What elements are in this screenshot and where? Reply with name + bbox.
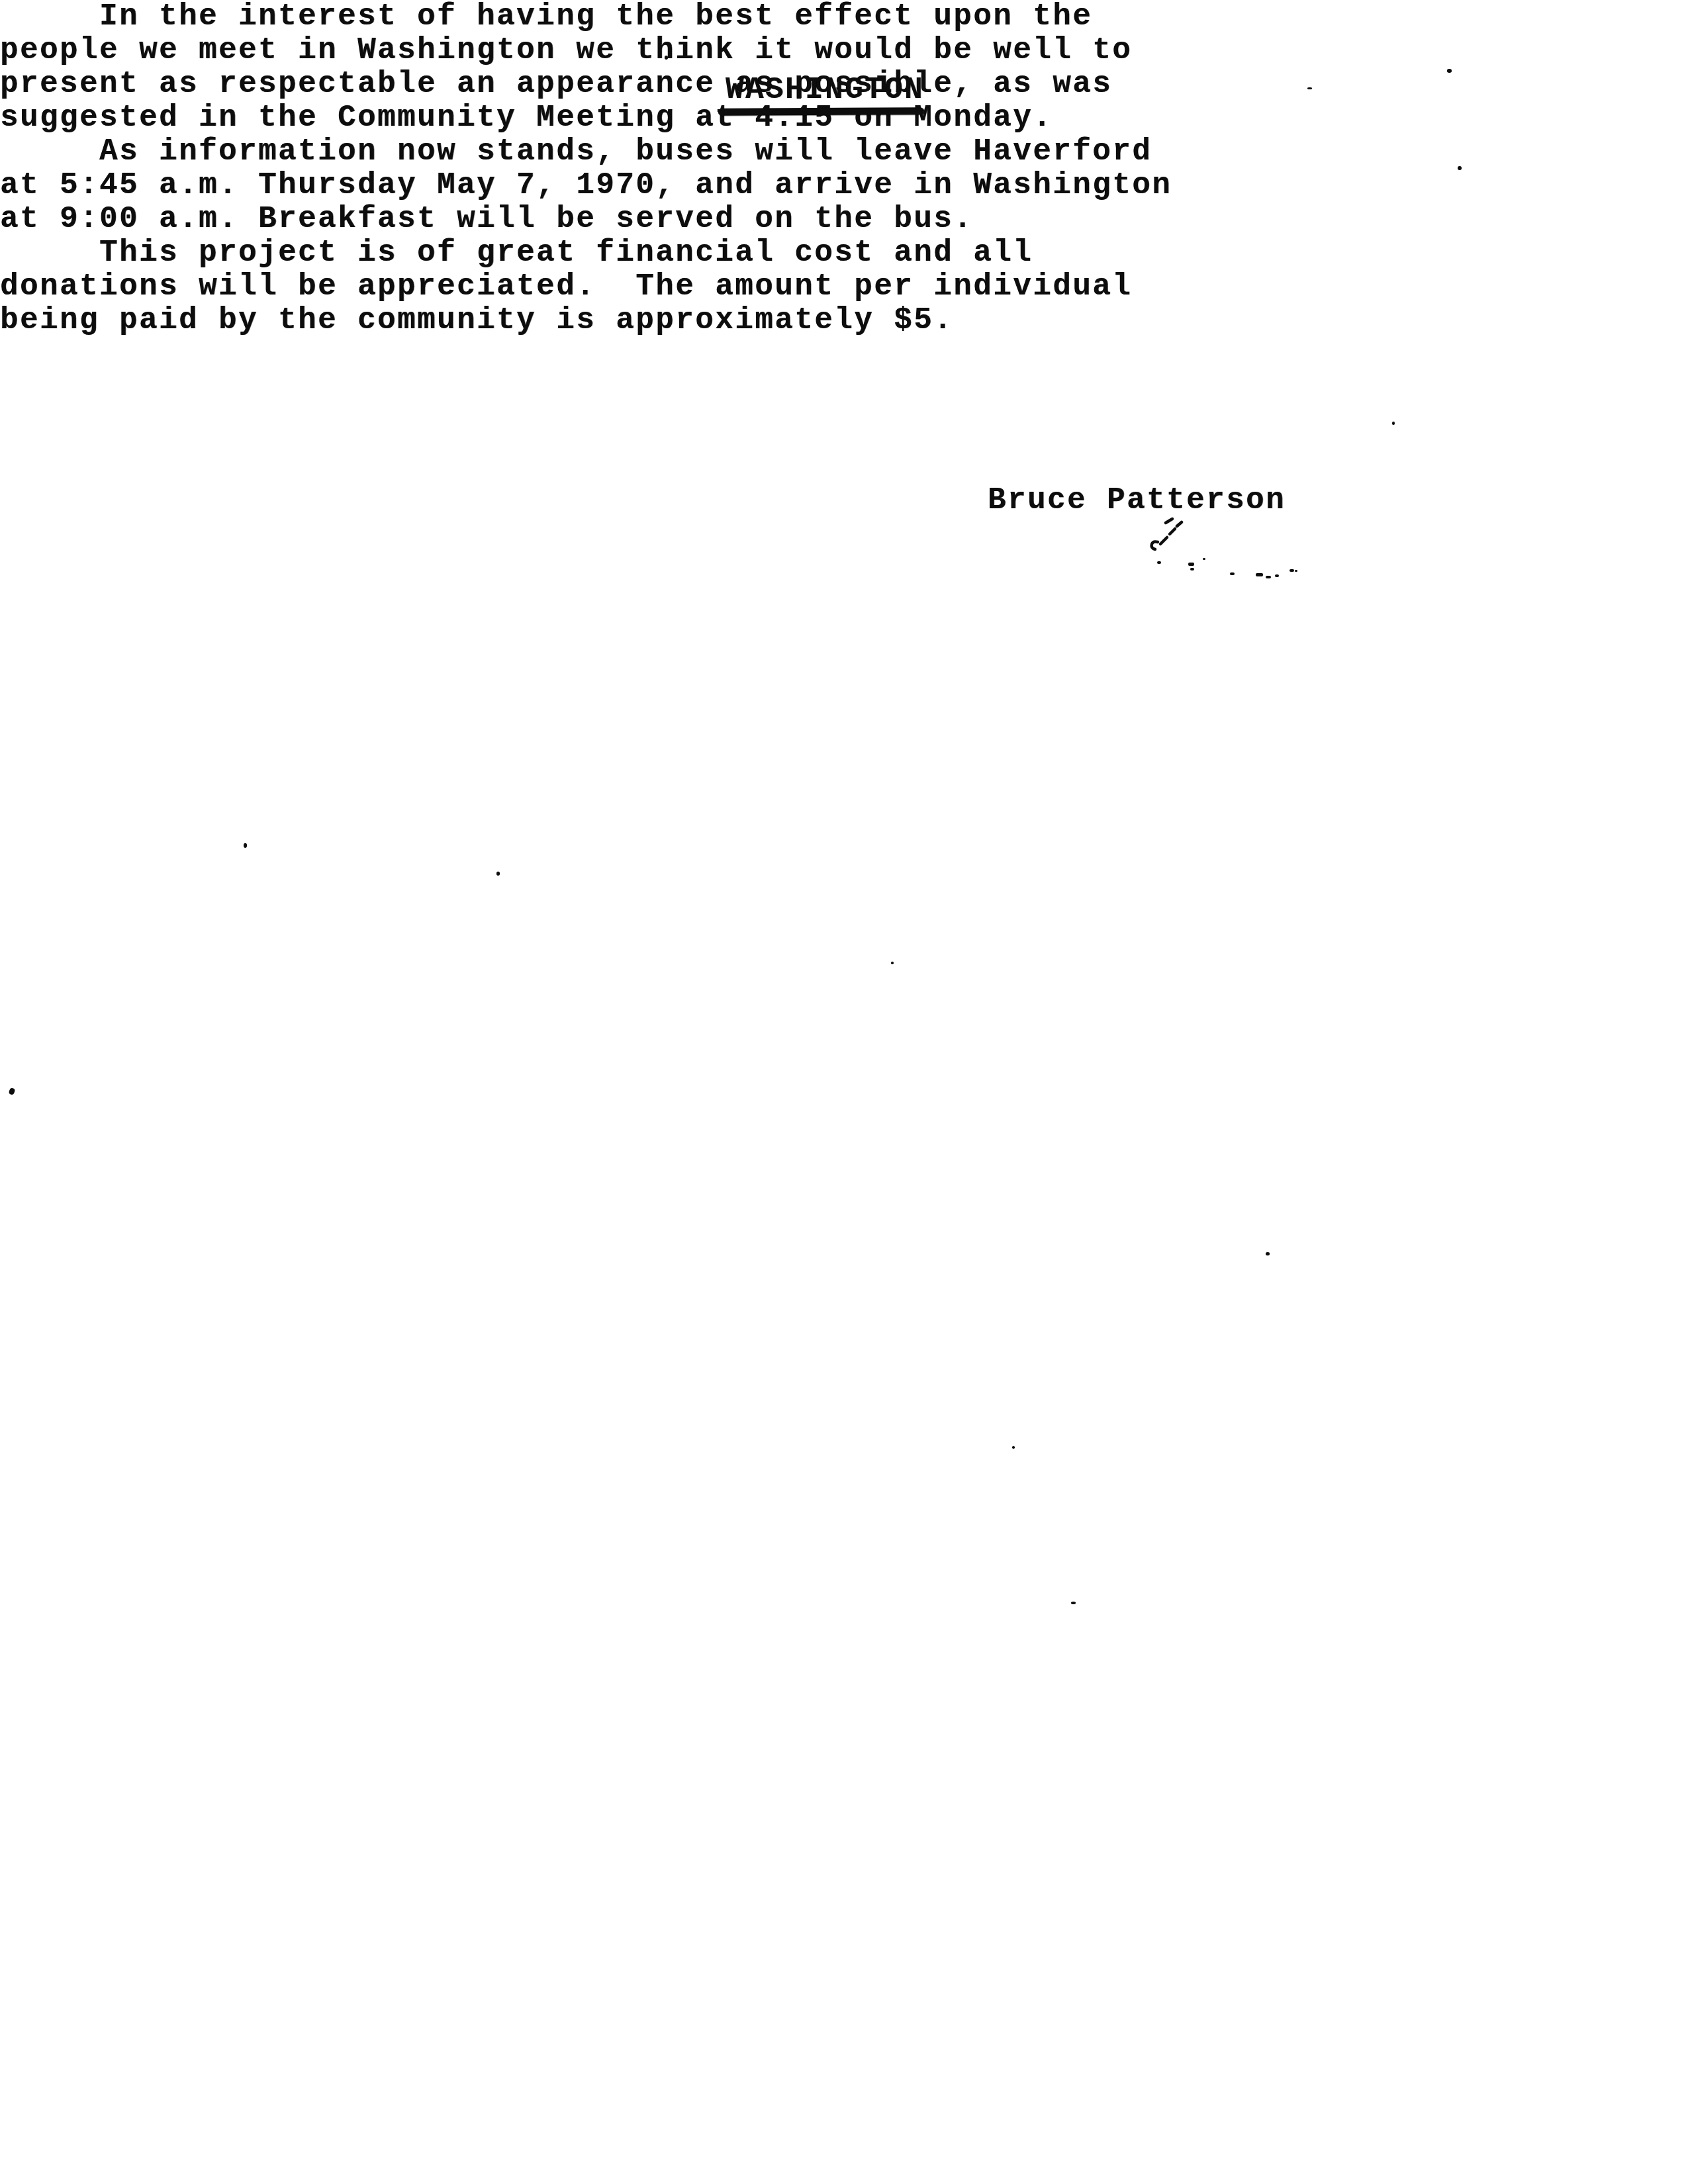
scan-speck [891,962,894,964]
scan-speck [1012,1446,1015,1449]
scan-speck [1307,87,1312,89]
document-line: at 5:45 a.m. Thursday May 7, 1970, and a… [0,169,1688,203]
document-line: In the interest of having the best effec… [0,0,1688,34]
document-line: people we meet in Washington we think it… [0,34,1688,68]
scan-speck [1458,166,1462,170]
scan-speck [1266,1252,1270,1255]
document-line: As information now stands, buses will le… [0,135,1688,169]
scan-speck [1071,1602,1076,1604]
scan-speck [9,1087,16,1095]
scan-speck [1392,422,1395,425]
scan-speck [665,56,668,60]
document-line: This project is of great financial cost … [0,236,1688,270]
document-line: being paid by the community is approxima… [0,304,1688,338]
scan-speck [244,843,247,848]
faint-pencil-dots [1152,555,1304,584]
handwritten-scribble-mark [1135,510,1201,556]
scan-speck [496,872,500,876]
document-body: In the interest of having the best effec… [0,0,1688,338]
title-underline [718,107,924,115]
document-line: donations will be appreciated. The amoun… [0,270,1688,304]
document-line: at 9:00 a.m. Breakfast will be served on… [0,203,1688,236]
document-title: WASHINGTON [726,73,924,107]
scanned-document-page: WASHINGTON In the interest of having the… [0,0,1688,2184]
scan-speck [1447,69,1452,73]
